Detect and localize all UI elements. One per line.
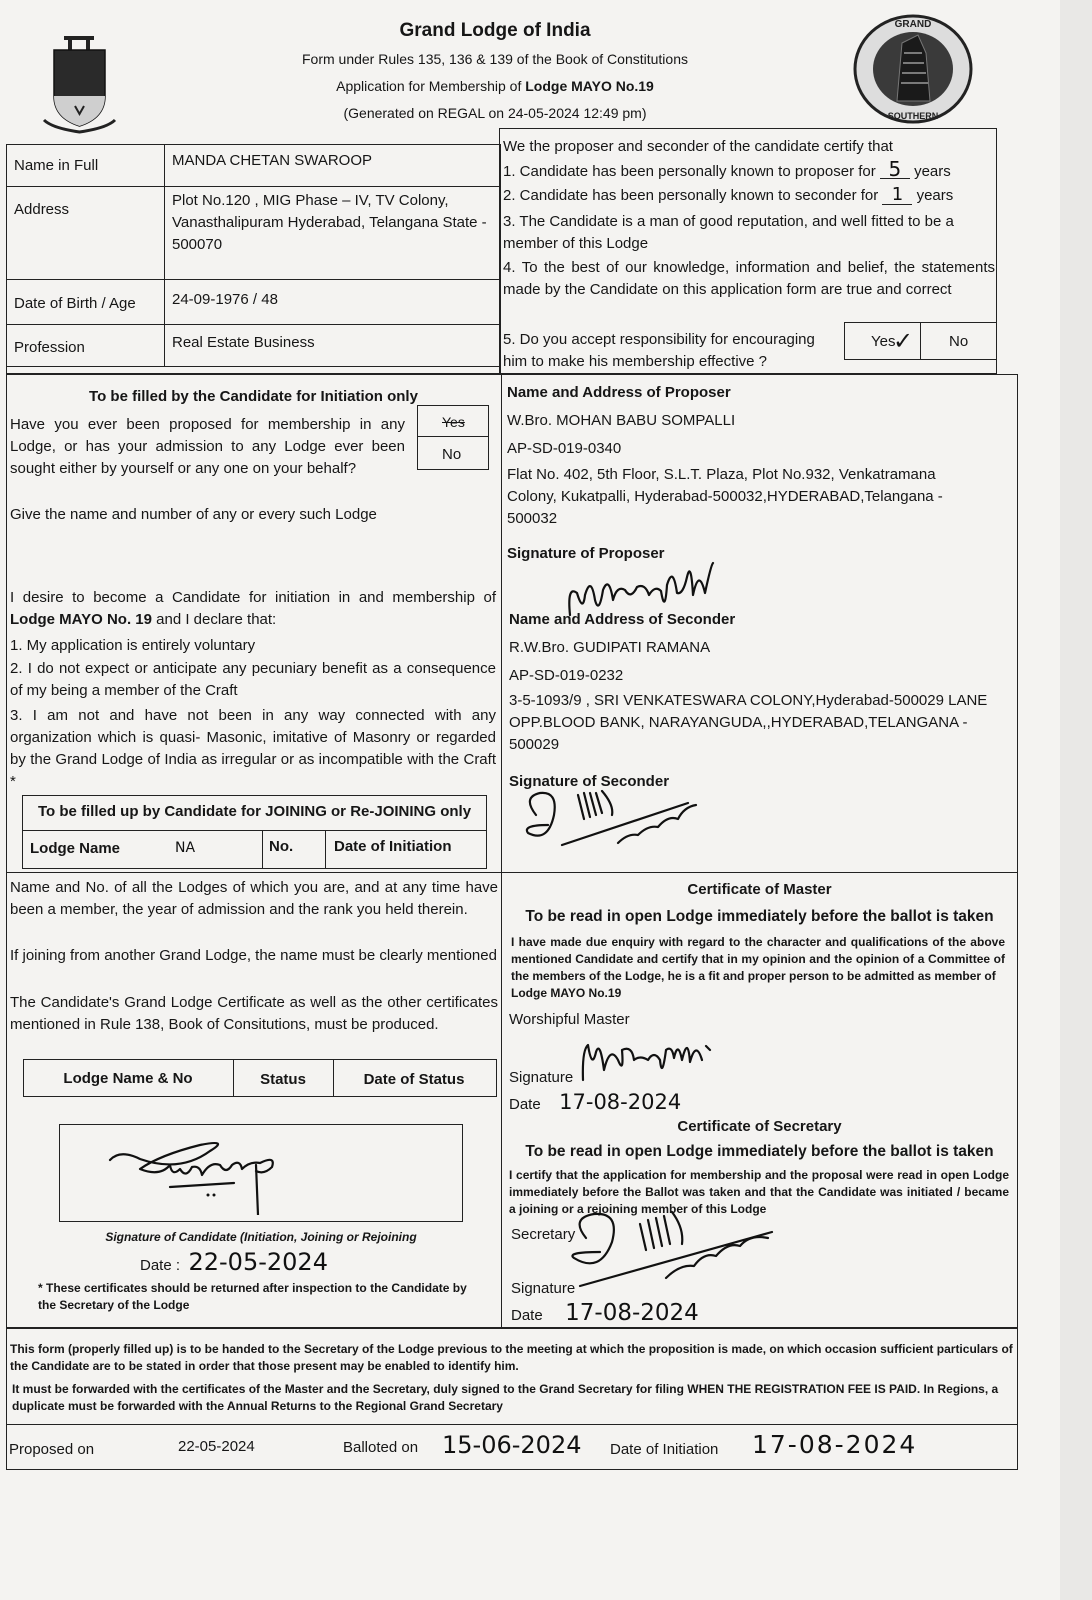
proposed-on-value: 22-05-2024 [178,1436,255,1458]
name-value: MANDA CHETAN SWAROOP [172,150,372,172]
profession-label: Profession [14,337,85,359]
initiation-question: Have you ever been proposed for membersh… [10,414,405,480]
cert-item-5: 5. Do you accept responsibility for enco… [503,329,843,373]
secretary-signature-label: Signature [511,1278,575,1300]
initiation-no-option[interactable]: No [417,436,489,470]
master-signature-label: Signature [509,1067,573,1089]
proposed-on-label: Proposed on [9,1439,94,1461]
candidate-signature-box [59,1124,463,1222]
dob-value: 24-09-1976 / 48 [172,289,278,311]
dob-label: Date of Birth / Age [14,293,136,315]
cert-item-1: 1. Candidate has been personally known t… [503,160,951,183]
declaration-3: 3. I am not and have not been in any way… [10,705,496,793]
master-cert-body: I have made due enquiry with regard to t… [511,934,1005,985]
declaration-2: 2. I do not expect or anticipate any pec… [10,658,496,702]
profession-value: Real Estate Business [172,332,315,354]
joining-col-no: No. [269,836,293,858]
address-label: Address [14,199,69,221]
address-value: Plot No.120 , MIG Phase – IV, TV Colony,… [172,190,492,256]
generated-note: (Generated on REGAL on 24-05-2024 12:49 … [270,103,720,123]
seconder-years-value: 1 [882,186,912,205]
secretary-cert-subtitle: To be read in open Lodge immediately bef… [501,1141,1018,1163]
candidate-date-row: Date : 22-05-2024 [140,1248,328,1277]
proposer-heading: Name and Address of Proposer [507,382,731,404]
name-label: Name in Full [14,155,98,177]
grand-lodge-crest-icon [42,34,117,134]
master-cert-title: Certificate of Master [501,879,1018,901]
master-date-label: Date [509,1096,541,1113]
candidate-signature-icon [100,1135,320,1215]
joining-col-lodge-name: Lodge Name [30,838,120,860]
cert-item-2: 2. Candidate has been personally known t… [503,185,953,207]
form-subtitle: Form under Rules 135, 136 & 139 of the B… [270,49,720,69]
balloted-on-label: Balloted on [343,1437,418,1459]
joining-heading: To be filled up by Candidate for JOINING… [22,801,487,823]
proposer-id: AP-SD-019-0340 [507,438,621,460]
secretary-date-row: Date 17-08-2024 [511,1300,699,1327]
master-signature-icon [578,1030,738,1085]
regional-grand-lodge-seal-icon: GRAND SOUTHERN [852,13,974,125]
joining-lodge-name-value: NA [175,840,195,856]
master-cert-lodge: Lodge MAYO No.19 [511,985,621,1002]
secretary-date-value: 17-08-2024 [565,1300,699,1326]
candidate-date-value: 22-05-2024 [188,1248,327,1276]
application-prefix: Application for Membership of [336,78,525,94]
responsibility-no-option[interactable]: No [920,322,997,360]
initiation-yes-option[interactable]: Yes [417,405,489,437]
declaration-1: 1. My application is entirely voluntary [10,635,496,657]
give-lodge-name-instruction: Give the name and number of any or every… [10,504,377,526]
seconder-heading: Name and Address of Seconder [509,609,735,631]
cert-item-3: 3. The Candidate is a man of good reputa… [503,211,995,255]
date-of-initiation-label: Date of Initiation [610,1439,718,1461]
col-status: Status [233,1069,333,1091]
cert-intro: We the proposer and seconder of the cand… [503,136,893,158]
note-2: It must be forwarded with the certificat… [12,1381,1012,1415]
candidate-signature-caption: Signature of Candidate (Initiation, Join… [59,1229,463,1246]
cert-item-4: 4. To the best of our knowledge, informa… [503,257,995,301]
proposer-address: Flat No. 402, 5th Floor, S.L.T. Plaza, P… [507,464,977,530]
date-of-initiation-value: 17-08-2024 [752,1430,917,1460]
master-role: Worshipful Master [509,1009,630,1031]
seconder-id: AP-SD-019-0232 [509,665,623,687]
svg-text:GRAND: GRAND [895,19,932,30]
joining-para-2: If joining from another Grand Lodge, the… [10,945,498,967]
secretary-cert-title: Certificate of Secretary [501,1116,1018,1138]
joining-para-1: Name and No. of all the Lodges of which … [10,877,498,921]
responsibility-yes-option[interactable]: Yes ✓ [844,322,921,360]
application-title: Application for Membership of Lodge MAYO… [270,76,720,96]
master-date-row: Date 17-08-2024 [509,1090,681,1116]
master-date-value: 17-08-2024 [559,1090,681,1114]
application-lodge: Lodge MAYO No.19 [525,78,654,94]
joining-col-date: Date of Initiation [334,836,452,858]
secretary-signature-icon [560,1208,790,1288]
proposer-years-value: 5 [880,160,910,179]
col-date-of-status: Date of Status [333,1069,495,1091]
certificates-footnote: * These certificates should be returned … [38,1280,483,1314]
page-title: Grand Lodge of India [280,18,710,44]
checkmark-icon: ✓ [893,329,913,355]
seconder-name: R.W.Bro. GUDIPATI RAMANA [509,637,710,659]
joining-para-3: The Candidate's Grand Lodge Certificate … [10,992,498,1036]
candidate-date-label: Date : [140,1257,180,1274]
declaration-intro: I desire to become a Candidate for initi… [10,587,496,631]
seconder-signature-icon [518,785,708,855]
application-form-page: Grand Lodge of India Form under Rules 13… [0,0,1060,1600]
col-lodge-name-no: Lodge Name & No [23,1068,233,1090]
master-cert-subtitle: To be read in open Lodge immediately bef… [501,906,1018,928]
svg-text:SOUTHERN: SOUTHERN [888,111,939,121]
proposer-name: W.Bro. MOHAN BABU SOMPALLI [507,410,735,432]
seconder-address: 3-5-1093/9 , SRI VENKATESWARA COLONY,Hyd… [509,690,989,756]
balloted-on-value: 15-06-2024 [442,1430,581,1460]
secretary-date-label: Date [511,1307,543,1324]
note-1: This form (properly filled up) is to be … [10,1341,1013,1375]
